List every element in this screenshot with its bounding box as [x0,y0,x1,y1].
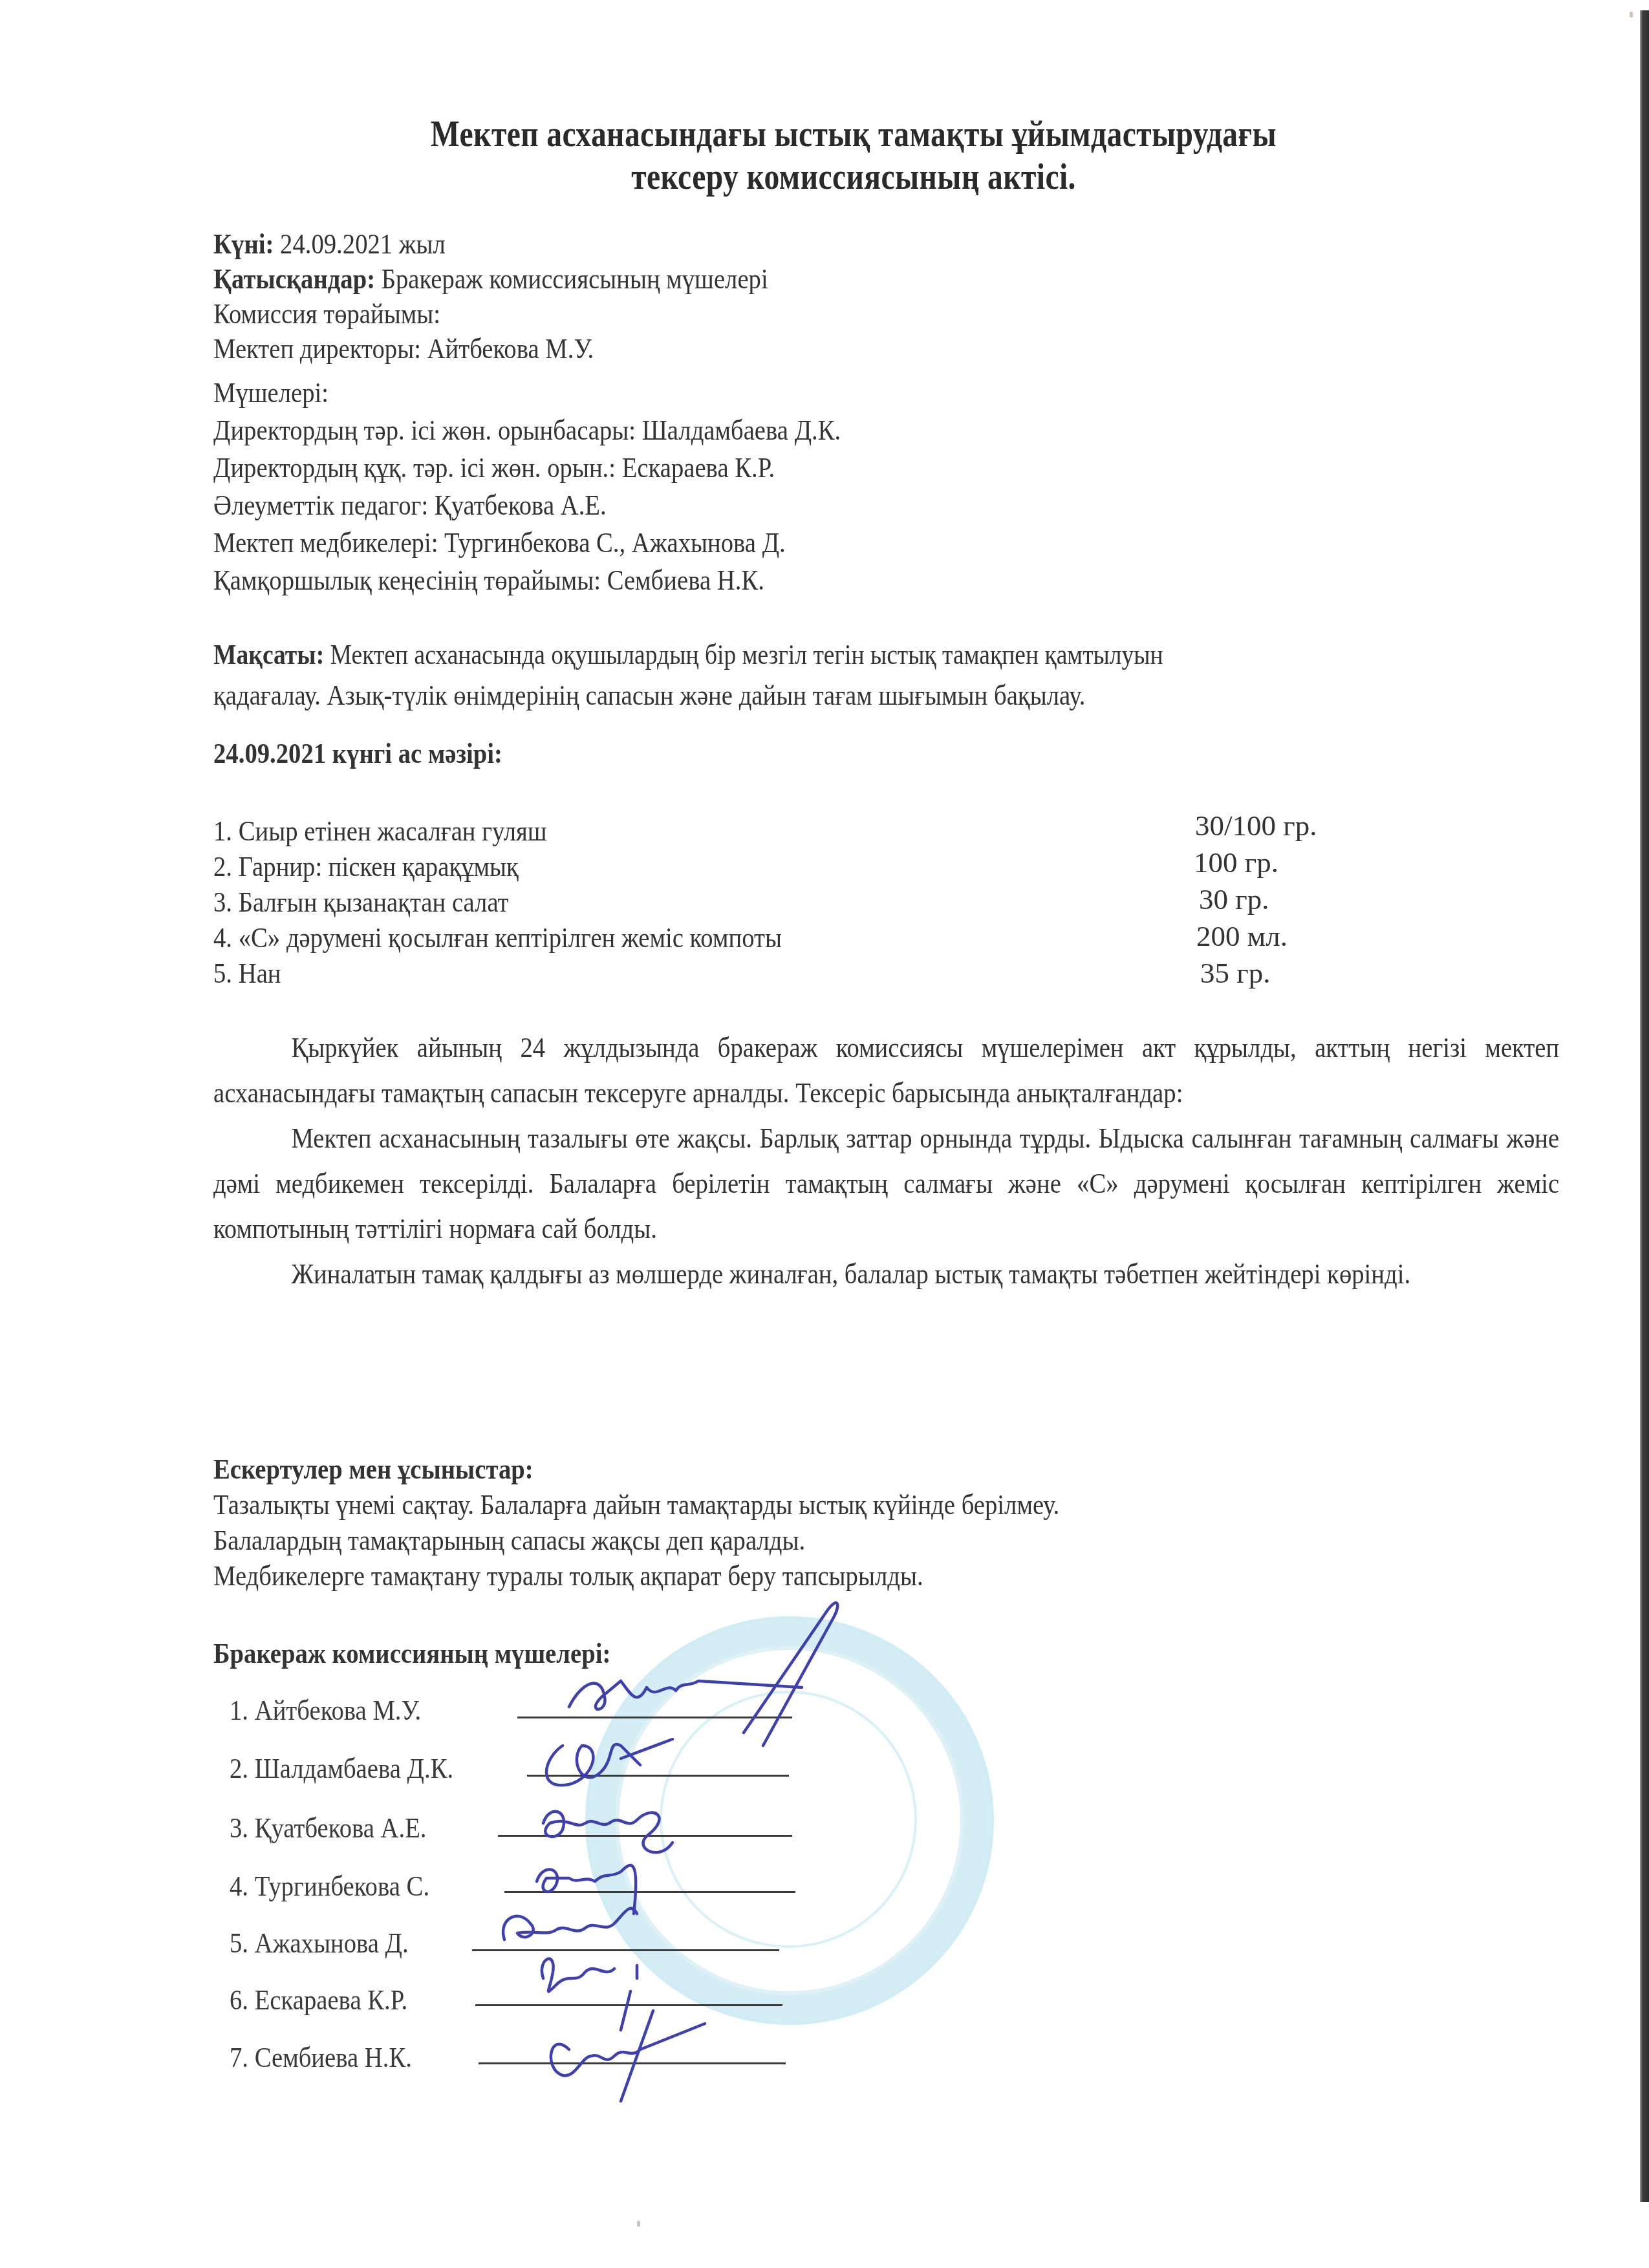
menu-item-qty: 200 мл. [1196,919,1288,954]
signature-member: 3. Қуатбекова А.Е. [230,1810,427,1845]
recommendation-line: Медбикелерге тамақтану туралы толық ақпа… [213,1558,923,1593]
member-line: Директордың тәр. ісі жөн. орынбасары: Ша… [213,412,841,447]
signature-line [504,1891,795,1893]
signature-line [475,2004,782,2006]
signatures-heading: Бракераж комиссияның мүшелері: [213,1636,610,1671]
date-value: 24.09.2021 жыл [274,228,446,260]
menu-item-qty: 30/100 гр. [1195,808,1317,843]
recommendation-line: Балалардың тамақтарының сапасы жақсы деп… [213,1523,805,1557]
members-heading: Мүшелері: [213,375,329,410]
signature-line [527,1775,789,1777]
document-title-line-2: тексеру комиссиясының актісі. [154,154,1554,199]
signature-line [498,1835,792,1837]
purpose-line-1: Мақсаты: Мектеп асханасында оқушылардың … [213,637,1163,672]
document-title-line-1: Мектеп асханасындағы ыстық тамақты ұйымд… [154,111,1554,156]
scan-edge [1640,10,1649,2202]
member-line: Директордың құқ. тәр. ісі жөн. орын.: Ес… [213,450,775,485]
menu-item-qty: 100 гр. [1194,845,1278,880]
signature-member: 4. Тургинбекова С. [230,1868,429,1903]
signature-member: 7. Сембиева Н.К. [230,2040,412,2075]
signature-line [472,1949,779,1951]
signature-line [479,2062,786,2064]
purpose-text: Мектеп асханасында оқушылардың бір мезгі… [324,638,1163,670]
menu-item-qty: 35 гр. [1200,956,1270,990]
signature-line [517,1717,792,1718]
signature-member: 1. Айтбекова М.У. [230,1693,421,1728]
menu-item: 5. Нан [213,956,281,990]
recommendations-heading: Ескертулер мен ұсыныстар: [213,1451,533,1486]
date-line: Күні: 24.09.2021 жыл [213,226,446,261]
chair-name: Мектеп директоры: Айтбекова М.У. [213,331,594,366]
purpose-line-2: қадағалау. Азық-түлік өнімдерінің сапасы… [213,678,1085,712]
participants-line: Қатысқандар: Бракераж комиссиясының мүше… [213,261,768,296]
menu-item: 1. Сиыр етінен жасалған гуляш [213,813,547,848]
findings-block: Қыркүйек айының 24 жұлдызында бракераж к… [213,1025,1559,1296]
menu-item: 3. Балғын қызанақтан салат [213,884,508,919]
signature-7 [551,2011,705,2101]
scan-speck [637,2221,640,2227]
purpose-label: Мақсаты: [213,638,324,670]
findings-paragraph-3: Жиналатын тамақ қалдығы аз мөлшерде жина… [213,1251,1559,1296]
participants-label: Қатысқандар: [213,262,375,295]
findings-paragraph-2: Мектеп асханасының тазалығы өте жақсы. Б… [213,1115,1559,1251]
signature-member: 2. Шалдамбаева Д.К. [230,1751,453,1786]
member-line: Мектеп медбикелері: Тургинбекова С., Ажа… [213,525,786,560]
chair-heading: Комиссия төрайымы: [213,296,440,331]
official-stamp-inner-ring [660,1691,917,1948]
scan-speck [1630,12,1633,17]
date-label: Күні: [213,228,274,260]
menu-item: 2. Гарнир: піскен қарақұмық [213,849,519,884]
menu-heading: 24.09.2021 күнгі ас мәзірі: [213,736,502,771]
signature-member: 6. Ескараева К.Р. [230,1982,407,2017]
member-line: Қамқоршылық кеңесінің төрайымы: Сембиева… [213,562,764,597]
member-line: Әлеуметтік педагог: Қуатбекова А.Е. [213,487,607,522]
findings-paragraph-1: Қыркүйек айының 24 жұлдызында бракераж к… [213,1025,1559,1115]
signature-6 [542,1959,637,2030]
menu-item-qty: 30 гр. [1199,882,1269,917]
menu-item: 4. «С» дәрумені қосылған кептірілген жем… [213,920,782,955]
recommendation-line: Тазалықты үнемі сақтау. Балаларға дайын … [213,1487,1059,1522]
signature-member: 5. Ажахынова Д. [230,1925,409,1960]
participants-value: Бракераж комиссиясының мүшелері [375,262,768,295]
